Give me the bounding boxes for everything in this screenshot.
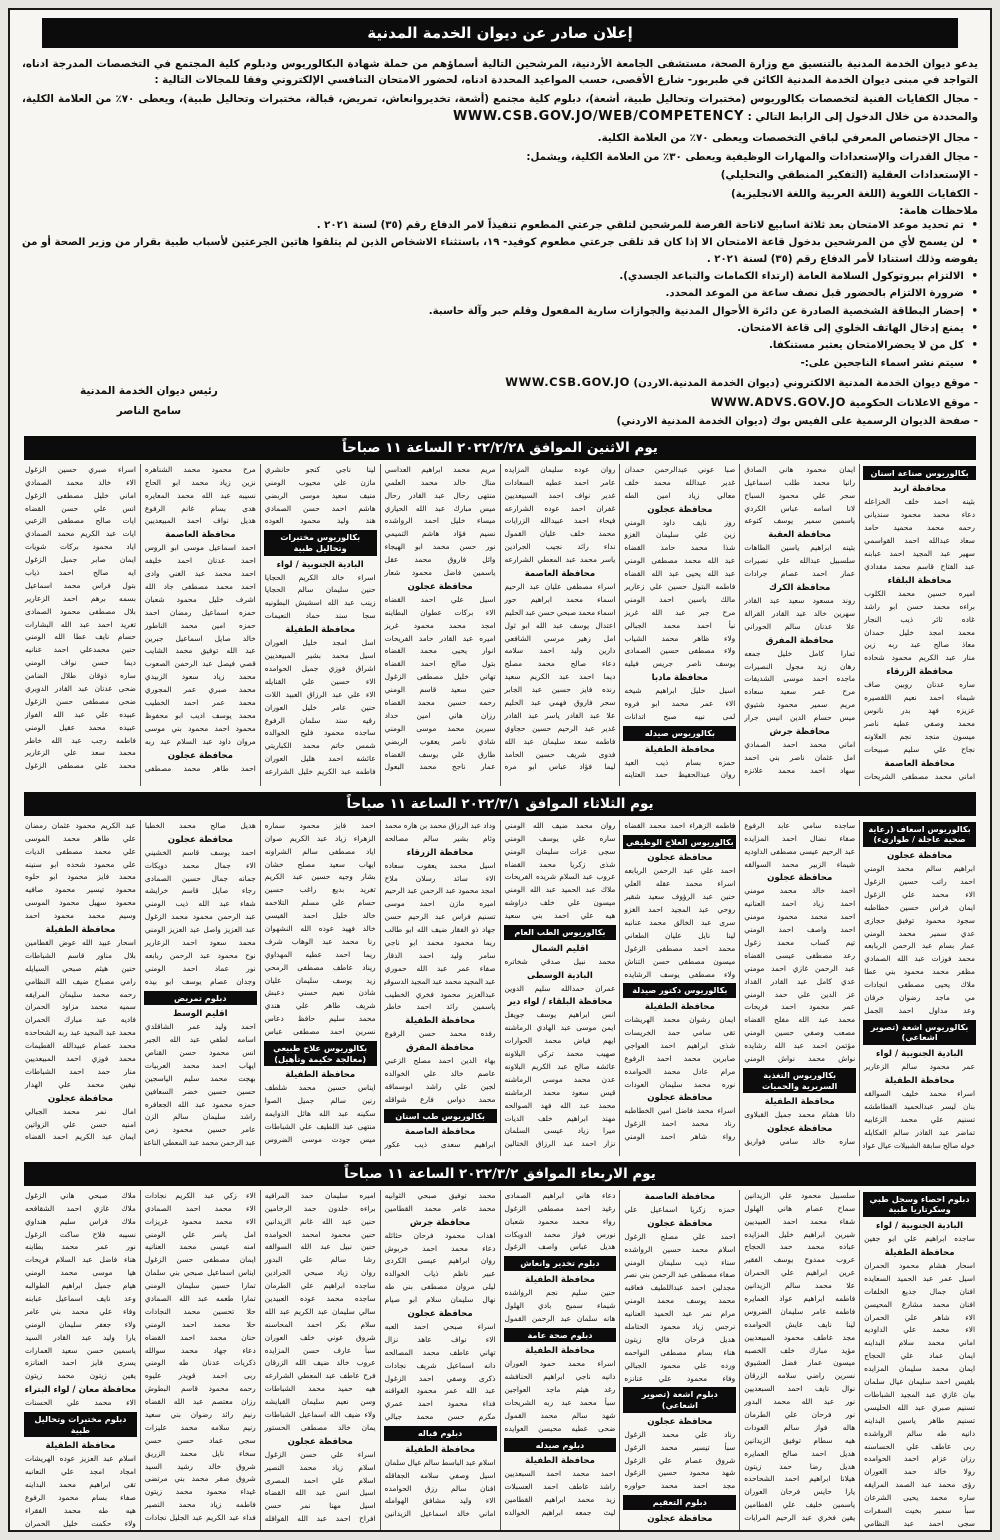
name-part: ابراهيم <box>803 1293 824 1306</box>
name-part: محمد <box>308 1383 325 1396</box>
name-part: تقى <box>723 1027 735 1040</box>
name-part: عوني <box>327 1332 343 1345</box>
candidate-name: اشراقفوزيجميلالحوامده <box>264 663 377 676</box>
name-part: الدويري <box>25 683 49 696</box>
name-part: دراوشه <box>505 897 528 910</box>
name-part: اعتدال <box>595 620 615 633</box>
candidate-name: ياراوليدعبدالقادرالسيد <box>24 1332 137 1345</box>
name-part: محمد <box>119 760 136 773</box>
name-part: مصطفى <box>293 1026 319 1039</box>
name-part: صالح <box>943 1140 959 1153</box>
name-part: سليمان <box>59 1319 82 1332</box>
name-part: القضاه <box>624 542 645 555</box>
name-part: الزغول <box>25 1190 46 1203</box>
name-part: علي <box>67 1397 80 1410</box>
name-part: دعاء <box>602 658 615 671</box>
name-part: انس <box>336 1487 350 1500</box>
name-part: رمضان <box>170 607 192 620</box>
name-part: سعاده <box>744 686 763 699</box>
name-part: سلمان <box>300 715 321 728</box>
candidate-name: خالدخليلاحمدالقيسي <box>264 910 377 923</box>
name-part: عرين <box>839 1267 855 1280</box>
governorate-header: محافظة عجلون <box>623 1415 736 1429</box>
name-part: مشافق <box>423 1495 446 1508</box>
name-part: عايش <box>785 1319 803 1332</box>
name-part: عوده <box>544 503 559 516</box>
name-part: عبد <box>407 885 418 898</box>
name-part: امنيه <box>121 1119 135 1132</box>
name-part: محمد <box>897 863 914 876</box>
name-part: ساره <box>959 1492 975 1505</box>
name-part: خليل <box>899 627 914 640</box>
candidate-name: شذامحمدحامدالقضاه <box>623 542 736 555</box>
name-part: الرحمن <box>218 911 241 924</box>
name-part: مصباح <box>95 976 115 989</box>
name-part: محمود <box>445 1230 465 1243</box>
name-part: هديل <box>720 1334 735 1347</box>
candidate-name: بسمهبرهماحمدالزعارير <box>24 593 137 606</box>
name-part: الدويكات <box>505 1229 532 1242</box>
name-part: ملاك <box>601 884 615 897</box>
name-part: عبد <box>317 1513 328 1526</box>
name-part: محمد <box>181 1422 198 1435</box>
name-part: اتدانات <box>624 711 645 724</box>
name-part: حلا <box>247 1306 256 1319</box>
name-part: جميل <box>94 1280 111 1293</box>
name-part: ماجد <box>546 1384 561 1397</box>
name-part: ذياب <box>25 567 40 580</box>
name-part: سلامه <box>420 1470 439 1483</box>
candidate-name: رحمهمحمدمحميدحامد <box>863 522 976 535</box>
name-part: فايز <box>91 1357 103 1370</box>
name-part: هديل <box>840 1461 855 1474</box>
session-columns: دبلوم احصاء وسجل طبي وسكرتاريا طبيةالباد… <box>22 1190 978 1532</box>
name-part: عامر <box>332 702 347 715</box>
name-part: زياد <box>692 1321 703 1334</box>
degree-header: بكالوريوس التغذية السريرية والحميات <box>743 1068 856 1093</box>
name-part: احمد <box>779 924 794 937</box>
name-part: الحميد <box>897 1273 916 1286</box>
name-part: احمد <box>904 535 919 548</box>
candidate-name: شريفطاهرعليهندي <box>264 1000 377 1013</box>
name-part: صافيه <box>25 884 43 897</box>
name-part: علي <box>777 555 790 568</box>
candidate-name: تماراحسينسليمانالومني <box>144 1280 257 1293</box>
name-part: الضامن <box>25 670 48 683</box>
name-part: دعاء <box>602 1190 615 1203</box>
name-part: سعيد <box>451 684 467 697</box>
name-part: فاطمه <box>236 1499 256 1512</box>
name-part: الجبالي <box>624 1360 646 1373</box>
name-part: وعد <box>124 1293 136 1306</box>
name-part: عبد <box>193 1396 204 1409</box>
name-part: حسين <box>662 1244 681 1257</box>
name-part: منيف <box>360 490 376 503</box>
name-part: القضاه <box>624 820 645 833</box>
name-part: الفريحات <box>385 633 413 646</box>
candidate-name: وردهعليمحمودالجبالي <box>623 1360 736 1373</box>
name-part: الرواشده <box>624 1244 652 1257</box>
name-part: عليان <box>665 930 682 943</box>
name-part: سالم <box>785 1280 801 1293</box>
name-part: حسن <box>907 601 924 614</box>
candidate-name: ايناسحسينمحمدشلطف <box>264 1082 377 1095</box>
name-part: هندي <box>265 1000 281 1013</box>
candidate-name: عبداللهيحيىعبداللهالقضاه <box>623 568 736 581</box>
name-part: الزغول <box>624 1231 645 1244</box>
name-part: فاطمه <box>595 736 615 749</box>
name-part: علي <box>332 897 345 910</box>
name-part: الخريسات <box>624 1027 655 1040</box>
name-part: العوران <box>265 1332 288 1345</box>
name-part: الجليل <box>170 1512 189 1525</box>
candidate-name: سجىاحمدعبدالنظامي <box>863 1518 976 1531</box>
name-part: جمال <box>214 860 230 873</box>
name-part: مصلح <box>505 658 523 671</box>
name-part: فاطمه <box>715 820 735 833</box>
name-part: سعد <box>91 747 105 760</box>
name-part: مصطفى <box>329 846 355 859</box>
name-part: صالح <box>210 820 226 833</box>
name-part: طلب <box>784 477 800 490</box>
name-part: احمد <box>693 943 708 956</box>
signature-title: رئيس ديوان الخدمة المدنية <box>80 382 218 402</box>
name-part: السبعديين <box>505 1468 536 1481</box>
name-part: جميل <box>302 663 319 676</box>
name-part: جعفر <box>95 1319 111 1332</box>
name-part: غازي <box>793 963 808 976</box>
name-part: عامر <box>25 1306 40 1319</box>
candidate-name: قصيفيصلعبدالرحمنالصعوب <box>144 658 257 671</box>
name-part: عدنان <box>927 679 945 692</box>
name-part: الرحمن <box>654 865 677 878</box>
name-part: راغب <box>300 884 317 897</box>
name-part: احمد <box>183 963 198 976</box>
degree-header: دبلوم تخدير وانعاش <box>504 1256 617 1271</box>
candidate-name: تماراطعمهعبداللهالصمادي <box>144 1293 257 1306</box>
name-part: تغريد <box>120 619 136 632</box>
name-part: عبد <box>317 833 328 846</box>
candidate-name: ضحىمصطفىحسنالزغول <box>24 696 137 709</box>
name-part: تسنيم <box>957 1402 975 1415</box>
name-part: سلامه <box>211 1422 230 1435</box>
name-part: الزغول <box>25 490 46 503</box>
name-part: السباح <box>744 490 764 503</box>
name-part: شيرين <box>835 1229 855 1242</box>
candidate-name: رحمهمحمودقاسمالبطوش <box>144 1383 257 1396</box>
name-part: محمد <box>201 1137 218 1150</box>
name-part: الزغول <box>25 696 46 709</box>
name-part: الاء <box>965 889 975 902</box>
candidate-name: عليمحمودشحدهابوسنينه <box>24 859 137 872</box>
name-part: مسعود <box>813 595 834 608</box>
name-part: اماني <box>839 739 855 752</box>
name-part: محمد <box>894 561 911 574</box>
name-part: موسى <box>576 1022 596 1035</box>
name-part: علي <box>96 709 109 722</box>
name-part: حمزه <box>239 1099 256 1112</box>
candidate-name: يسرىفايزاحمدالعنانزه <box>24 1357 137 1370</box>
name-part: الرماشنه <box>505 1074 532 1087</box>
name-part: محمد <box>544 1035 561 1048</box>
name-part: محمد <box>566 594 583 607</box>
name-part: عروب <box>357 1357 376 1370</box>
name-part: الشافعي <box>505 633 531 646</box>
name-part: الشحاحده <box>744 1473 774 1486</box>
name-part: شادي <box>478 736 496 749</box>
name-part: مهند <box>602 1113 615 1126</box>
name-part: حنين <box>121 644 136 657</box>
name-part: ناجي <box>385 937 400 950</box>
candidate-name: رجاءصايلقاسمخرايشه <box>144 885 257 898</box>
name-part: حسين <box>658 1467 677 1480</box>
candidate-name: منتهىعبداللطيفعليالشباطات <box>264 1121 377 1134</box>
name-part: القضاه <box>25 503 46 516</box>
candidate-name: عبدالرحمنمحمدعبدالمعطيالناعشي <box>144 1137 257 1150</box>
name-part: عبدالحميد <box>904 1101 934 1114</box>
name-part: احمد <box>66 1203 81 1216</box>
name-part: محمود <box>331 1229 351 1242</box>
candidate-name: محمددواسفارعشواقله <box>384 1094 497 1107</box>
name-part: عبد <box>561 1022 572 1035</box>
candidate-name: نورهمحمدسليمانالعودات <box>623 1079 736 1092</box>
candidate-name: فداءمحموداحمدعمري <box>384 1398 497 1411</box>
name-part: مي <box>965 992 975 1005</box>
name-part: عبد <box>160 736 171 749</box>
name-part: اسلام <box>478 1457 495 1470</box>
governorate-header: محافظة الطفيلة <box>623 743 736 757</box>
candidate-name: امجدمحمودعبدالرحمنعبدالرحيم <box>384 885 497 898</box>
candidate-name: ايادمحمودبركاتشويات <box>24 541 137 554</box>
name-part: احمد <box>241 581 256 594</box>
candidate-name: ولاءجعفرسليمانالومني <box>24 1319 137 1332</box>
candidate-name: تقىساميحمدالخريسات <box>623 1027 736 1040</box>
name-part: الزهراء <box>689 820 711 833</box>
name-part: خلف <box>570 528 585 541</box>
name-part: نوال <box>842 1383 855 1396</box>
name-part: غريزات <box>145 1216 168 1229</box>
name-part: الله <box>297 1513 308 1526</box>
name-part: سعاده <box>385 860 404 873</box>
name-part: ابو <box>175 710 183 723</box>
name-part: خوله <box>960 1140 975 1153</box>
candidate-name: ميسونعليخلفدراوشه <box>504 897 617 910</box>
candidate-name: اسيلمهنانمرحسن <box>264 1500 377 1513</box>
name-part: محمد <box>445 976 462 989</box>
name-part: جويفل <box>505 1009 525 1022</box>
name-part: فاديه <box>121 1014 136 1027</box>
candidate-name: عبداللهمحمدمصطفىالومني <box>623 555 736 568</box>
session: يوم الثلاثاء الموافق ٢٠٢٢/٣/١ الساعة ١١ … <box>22 792 978 1156</box>
name-part: حسين <box>927 588 946 601</box>
name-part: القناص <box>145 1047 166 1060</box>
name-part: عدنان <box>814 621 832 634</box>
candidate-name: محمدنبيلصدقيشخاتره <box>504 956 617 969</box>
name-part: نجيب <box>546 541 562 554</box>
name-part: بلال <box>124 606 136 619</box>
name-part: طه <box>179 1357 189 1370</box>
name-part: النجادات <box>145 1306 171 1319</box>
name-part: مصلح <box>413 1055 431 1068</box>
name-part: سرى <box>719 917 735 930</box>
name-part: فواريق <box>744 1136 765 1149</box>
name-part: هاني <box>779 464 793 477</box>
candidate-name: عامرحسينمحمودزمن <box>144 1124 257 1137</box>
name-part: محمد <box>568 1358 585 1371</box>
name-part: حمزه <box>239 607 256 620</box>
name-part: محمد <box>778 765 795 778</box>
candidate-name: عدنمحمدموسىالرماشنه <box>504 1074 617 1087</box>
name-part: عطيه <box>545 477 562 490</box>
name-part: مرح <box>722 607 735 620</box>
name-part: حور <box>505 594 517 607</box>
name-part: اسراء <box>358 1449 376 1462</box>
candidate-name: سجىعمادحسنحسن <box>144 1435 257 1448</box>
candidate-name: صفاءنضالاحمدالمزايده <box>743 833 856 846</box>
name-part: محمود <box>300 515 320 528</box>
candidate-name: امانيمحمدمصطفىالشريحات <box>863 771 976 784</box>
name-part: خرايشه <box>145 885 168 898</box>
name-part: احمد <box>421 594 436 607</box>
name-part: عبد <box>531 697 542 710</box>
name-part: يوسف <box>774 1254 794 1267</box>
name-part: مرتضى <box>145 1473 168 1486</box>
name-part: راشد <box>240 1111 256 1124</box>
candidate-name: تسنيمعليمحمدالزغابيه <box>863 1114 976 1127</box>
name-part: حكمت <box>91 1518 111 1531</box>
name-part: ابراهيم <box>531 594 552 607</box>
name-part: حمد <box>668 1027 681 1040</box>
name-part: طاهر <box>928 1415 944 1428</box>
name-part: المجيد <box>671 904 690 917</box>
name-part: محمد <box>649 820 666 833</box>
name-part: خالد <box>243 633 256 646</box>
candidate-name: عروبعبدالسلامشريدهالفريحات <box>504 871 617 884</box>
name-part: احمد <box>187 515 202 528</box>
name-part: احمد <box>361 820 376 833</box>
name-part: شروق <box>236 1473 256 1486</box>
candidate-name: املزهيرمرسيالشافعي <box>504 633 617 646</box>
candidate-name: تهانيعاطفمحمدالمصالحه <box>384 1347 497 1360</box>
name-part: عبد <box>202 658 213 671</box>
intro-field-line: - مجال الإختصاص المعرفي لباقي التخصصات و… <box>22 130 978 146</box>
name-part: ابو <box>172 477 180 490</box>
name-part: سعيد <box>329 859 345 872</box>
name-part: حامد <box>419 633 434 646</box>
candidate-name: علاعدنانسالمالحوراني <box>743 621 856 634</box>
name-part: موسى <box>92 1267 112 1280</box>
name-part: محمود <box>177 594 197 607</box>
name-part: دويكات <box>145 860 167 873</box>
name-part: الجمل <box>864 1005 883 1018</box>
name-part: محمد <box>451 1243 468 1256</box>
name-part: نايف <box>815 1383 829 1396</box>
name-part: قيس <box>600 1087 615 1100</box>
name-part: عبد <box>103 1453 114 1466</box>
name-part: صبحي <box>557 607 576 620</box>
name-part: الاء <box>486 1495 496 1508</box>
name-part: هيه <box>366 1383 376 1396</box>
name-part: مداول <box>929 1005 948 1018</box>
name-part: سلمان <box>145 1267 166 1280</box>
name-part: ابو <box>529 761 537 774</box>
name-part: وليد <box>460 1495 472 1508</box>
name-part: الومني <box>385 723 405 736</box>
candidate-name: محمودتيسيرمحمودصافيه <box>24 884 137 897</box>
notes-heading: ملاحظات هامة: <box>22 205 978 217</box>
name-part: علا <box>846 1280 855 1293</box>
name-part: فارع <box>420 1094 434 1107</box>
name-part: ولاء <box>724 633 735 646</box>
candidate-name: هيلاناابراهيماحمدالشحاحده <box>743 1473 856 1486</box>
name-part: سعدى <box>441 1139 460 1152</box>
governorate-header: محافظة الزرقاء <box>384 846 497 860</box>
name-part: عباس <box>570 1241 588 1254</box>
candidate-name: محمدفوزاتعبداللهالصمادي <box>863 953 976 966</box>
candidate-name: سارهمحمديحيىالشرعان <box>863 1492 976 1505</box>
name-part: حسين <box>660 645 679 658</box>
name-part: هديل <box>240 515 255 528</box>
name-part: الله <box>145 581 156 594</box>
candidate-name: الاءجمالمحمددويكات <box>144 860 257 873</box>
name-part: الشريحات <box>864 771 895 784</box>
candidate-name: عروبخالدضيفاللهالزرقان <box>264 1357 377 1370</box>
name-part: الحياري <box>385 503 408 516</box>
name-part: علي <box>299 1121 312 1134</box>
name-part: محمد <box>685 878 702 891</box>
name-part: القضاه <box>505 859 526 872</box>
candidate-name: ياراحايسفرحانالعوران <box>743 1486 856 1499</box>
name-part: عصام <box>806 1203 824 1216</box>
name-part: اماني <box>119 490 135 503</box>
governorate-header: محافظة المفرق <box>743 634 856 648</box>
name-part: شريف <box>416 1360 436 1373</box>
name-part: حسن <box>653 956 670 969</box>
candidate-name: مظفرمحمدمحمودبنيعطا <box>863 966 976 979</box>
candidate-name: يمانخالدمصطفىالحستور <box>264 1422 377 1435</box>
bullet-icon: • <box>971 288 978 299</box>
name-part: عبد <box>553 620 564 633</box>
name-part: الله <box>174 1396 185 1409</box>
name-part: صالح <box>96 515 112 528</box>
name-part: ابو <box>50 859 58 872</box>
bullet-icon: • <box>971 237 978 248</box>
name-part: اميره <box>359 1190 375 1203</box>
name-part: سماره <box>265 820 285 833</box>
name-part: عبد <box>245 1137 256 1150</box>
name-part: عبد <box>797 976 808 989</box>
name-part: مجدلين <box>713 1282 736 1295</box>
name-part: دعاء <box>962 509 975 522</box>
name-part: افنان <box>480 1483 496 1496</box>
name-part: منتهى <box>358 1121 376 1134</box>
name-part: لطفي <box>210 1034 228 1047</box>
name-part: خشان <box>265 859 284 872</box>
candidate-name: بلالمصطفىمحمودالصمادى <box>24 606 137 619</box>
name-part: زيد <box>606 1494 616 1507</box>
name-part: نزار <box>604 1138 616 1151</box>
name-part: الومني <box>145 963 165 976</box>
name-part: محمود <box>689 1467 709 1480</box>
name-part: محمود <box>173 1124 193 1137</box>
name-part: القمول <box>505 528 527 541</box>
name-part: اسماعيل <box>420 1508 447 1521</box>
candidate-name: بنانليسرعبدالحميدالقطاطشه <box>863 1101 976 1114</box>
name-part: حنين <box>361 702 376 715</box>
name-part: عبد <box>344 597 355 610</box>
candidate-name: اسراءمصطفىعليانعبدالرحيم <box>504 581 617 594</box>
name-part: عدنان <box>208 555 226 568</box>
